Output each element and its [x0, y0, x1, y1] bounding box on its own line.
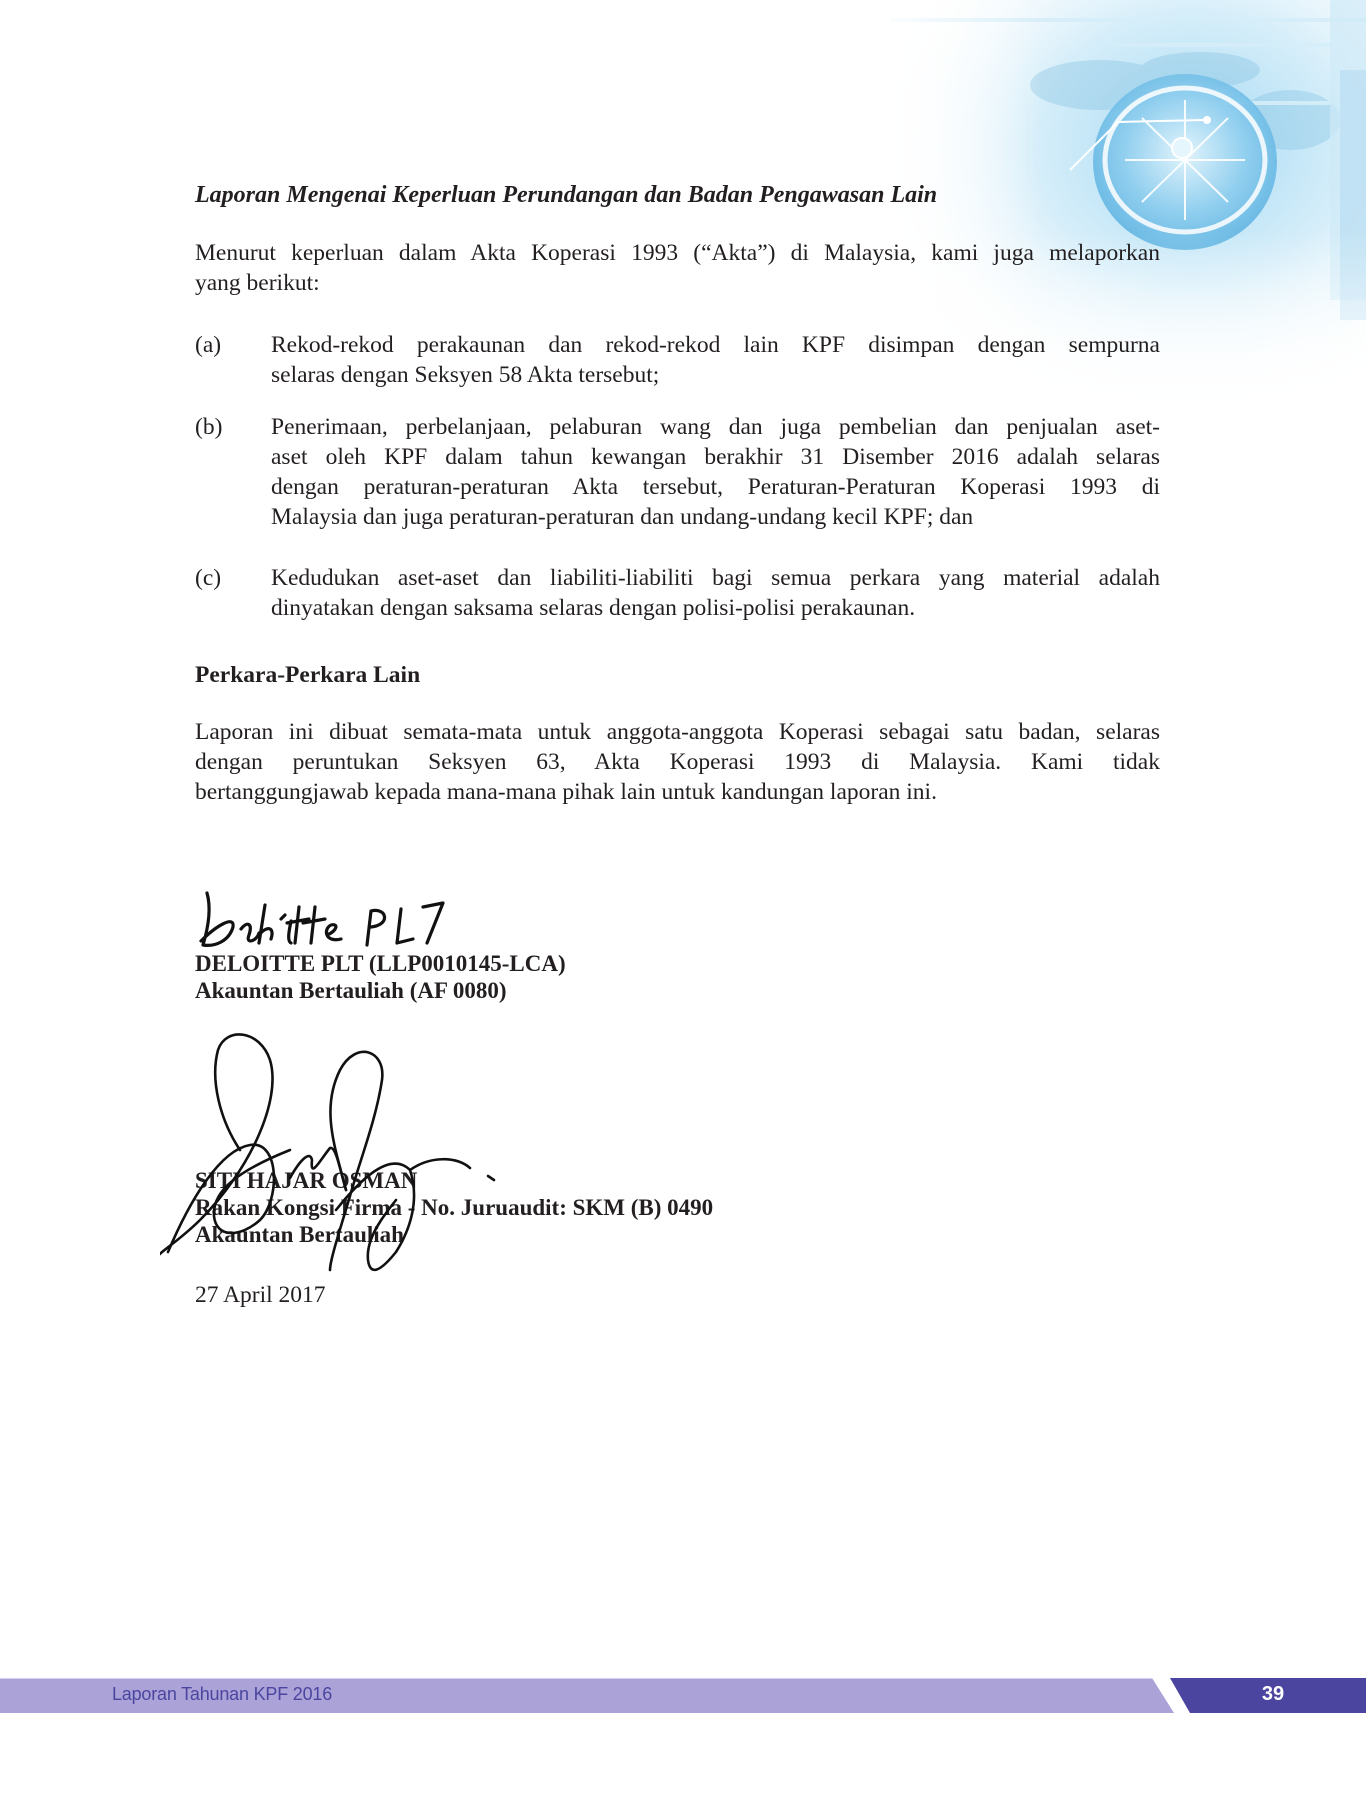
item-label: (b)	[195, 412, 222, 442]
other-matters-paragraph: Laporan ini dibuat semata-mata untuk ang…	[195, 717, 1160, 807]
page-footer: Laporan Tahunan KPF 2016 39	[0, 1678, 1366, 1713]
paragraph-line: bertanggungjawab kepada mana-mana pihak …	[195, 777, 1160, 807]
firm-signature	[195, 885, 475, 953]
item-line: Malaysia dan juga peraturan-peraturan da…	[271, 502, 1160, 532]
item-line: selaras dengan Seksyen 58 Akta tersebut;	[271, 360, 1160, 390]
intro-line: Menurut keperluan dalam Akta Koperasi 19…	[195, 238, 1160, 268]
item-line: dengan peraturan-peraturan Akta tersebut…	[271, 472, 1160, 502]
firm-name: DELOITTE PLT (LLP0010145-LCA)	[195, 950, 566, 977]
item-line: aset oleh KPF dalam tahun kewangan berak…	[271, 442, 1160, 472]
section-heading: Laporan Mengenai Keperluan Perundangan d…	[195, 180, 1160, 210]
item-line: Kedudukan aset-aset dan liabiliti-liabil…	[271, 563, 1160, 593]
firm-designation: Akauntan Bertauliah (AF 0080)	[195, 977, 507, 1004]
report-date: 27 April 2017	[195, 1282, 326, 1309]
intro-paragraph: Menurut keperluan dalam Akta Koperasi 19…	[195, 238, 1160, 298]
item-line: dinyatakan dengan saksama selaras dengan…	[271, 593, 1160, 623]
partner-role: Rakan Kongsi Firma - No. Juruaudit: SKM …	[195, 1194, 713, 1221]
paragraph-line: Laporan ini dibuat semata-mata untuk ang…	[195, 717, 1160, 747]
footer-title: Laporan Tahunan KPF 2016	[112, 1684, 332, 1705]
item-label: (a)	[195, 330, 221, 360]
paragraph-line: dengan peruntukan Seksyen 63, Akta Koper…	[195, 747, 1160, 777]
partner-name: SITI HAJAR OSMAN	[195, 1167, 417, 1194]
item-line: Rekod-rekod perakaunan dan rekod-rekod l…	[271, 330, 1160, 360]
item-label: (c)	[195, 563, 221, 593]
other-matters-heading: Perkara-Perkara Lain	[195, 660, 1160, 690]
intro-line: yang berikut:	[195, 268, 1160, 298]
page-number: 39	[1245, 1683, 1301, 1706]
partner-designation: Akauntan Bertauliah	[195, 1221, 404, 1248]
item-line: Penerimaan, perbelanjaan, pelaburan wang…	[271, 412, 1160, 442]
